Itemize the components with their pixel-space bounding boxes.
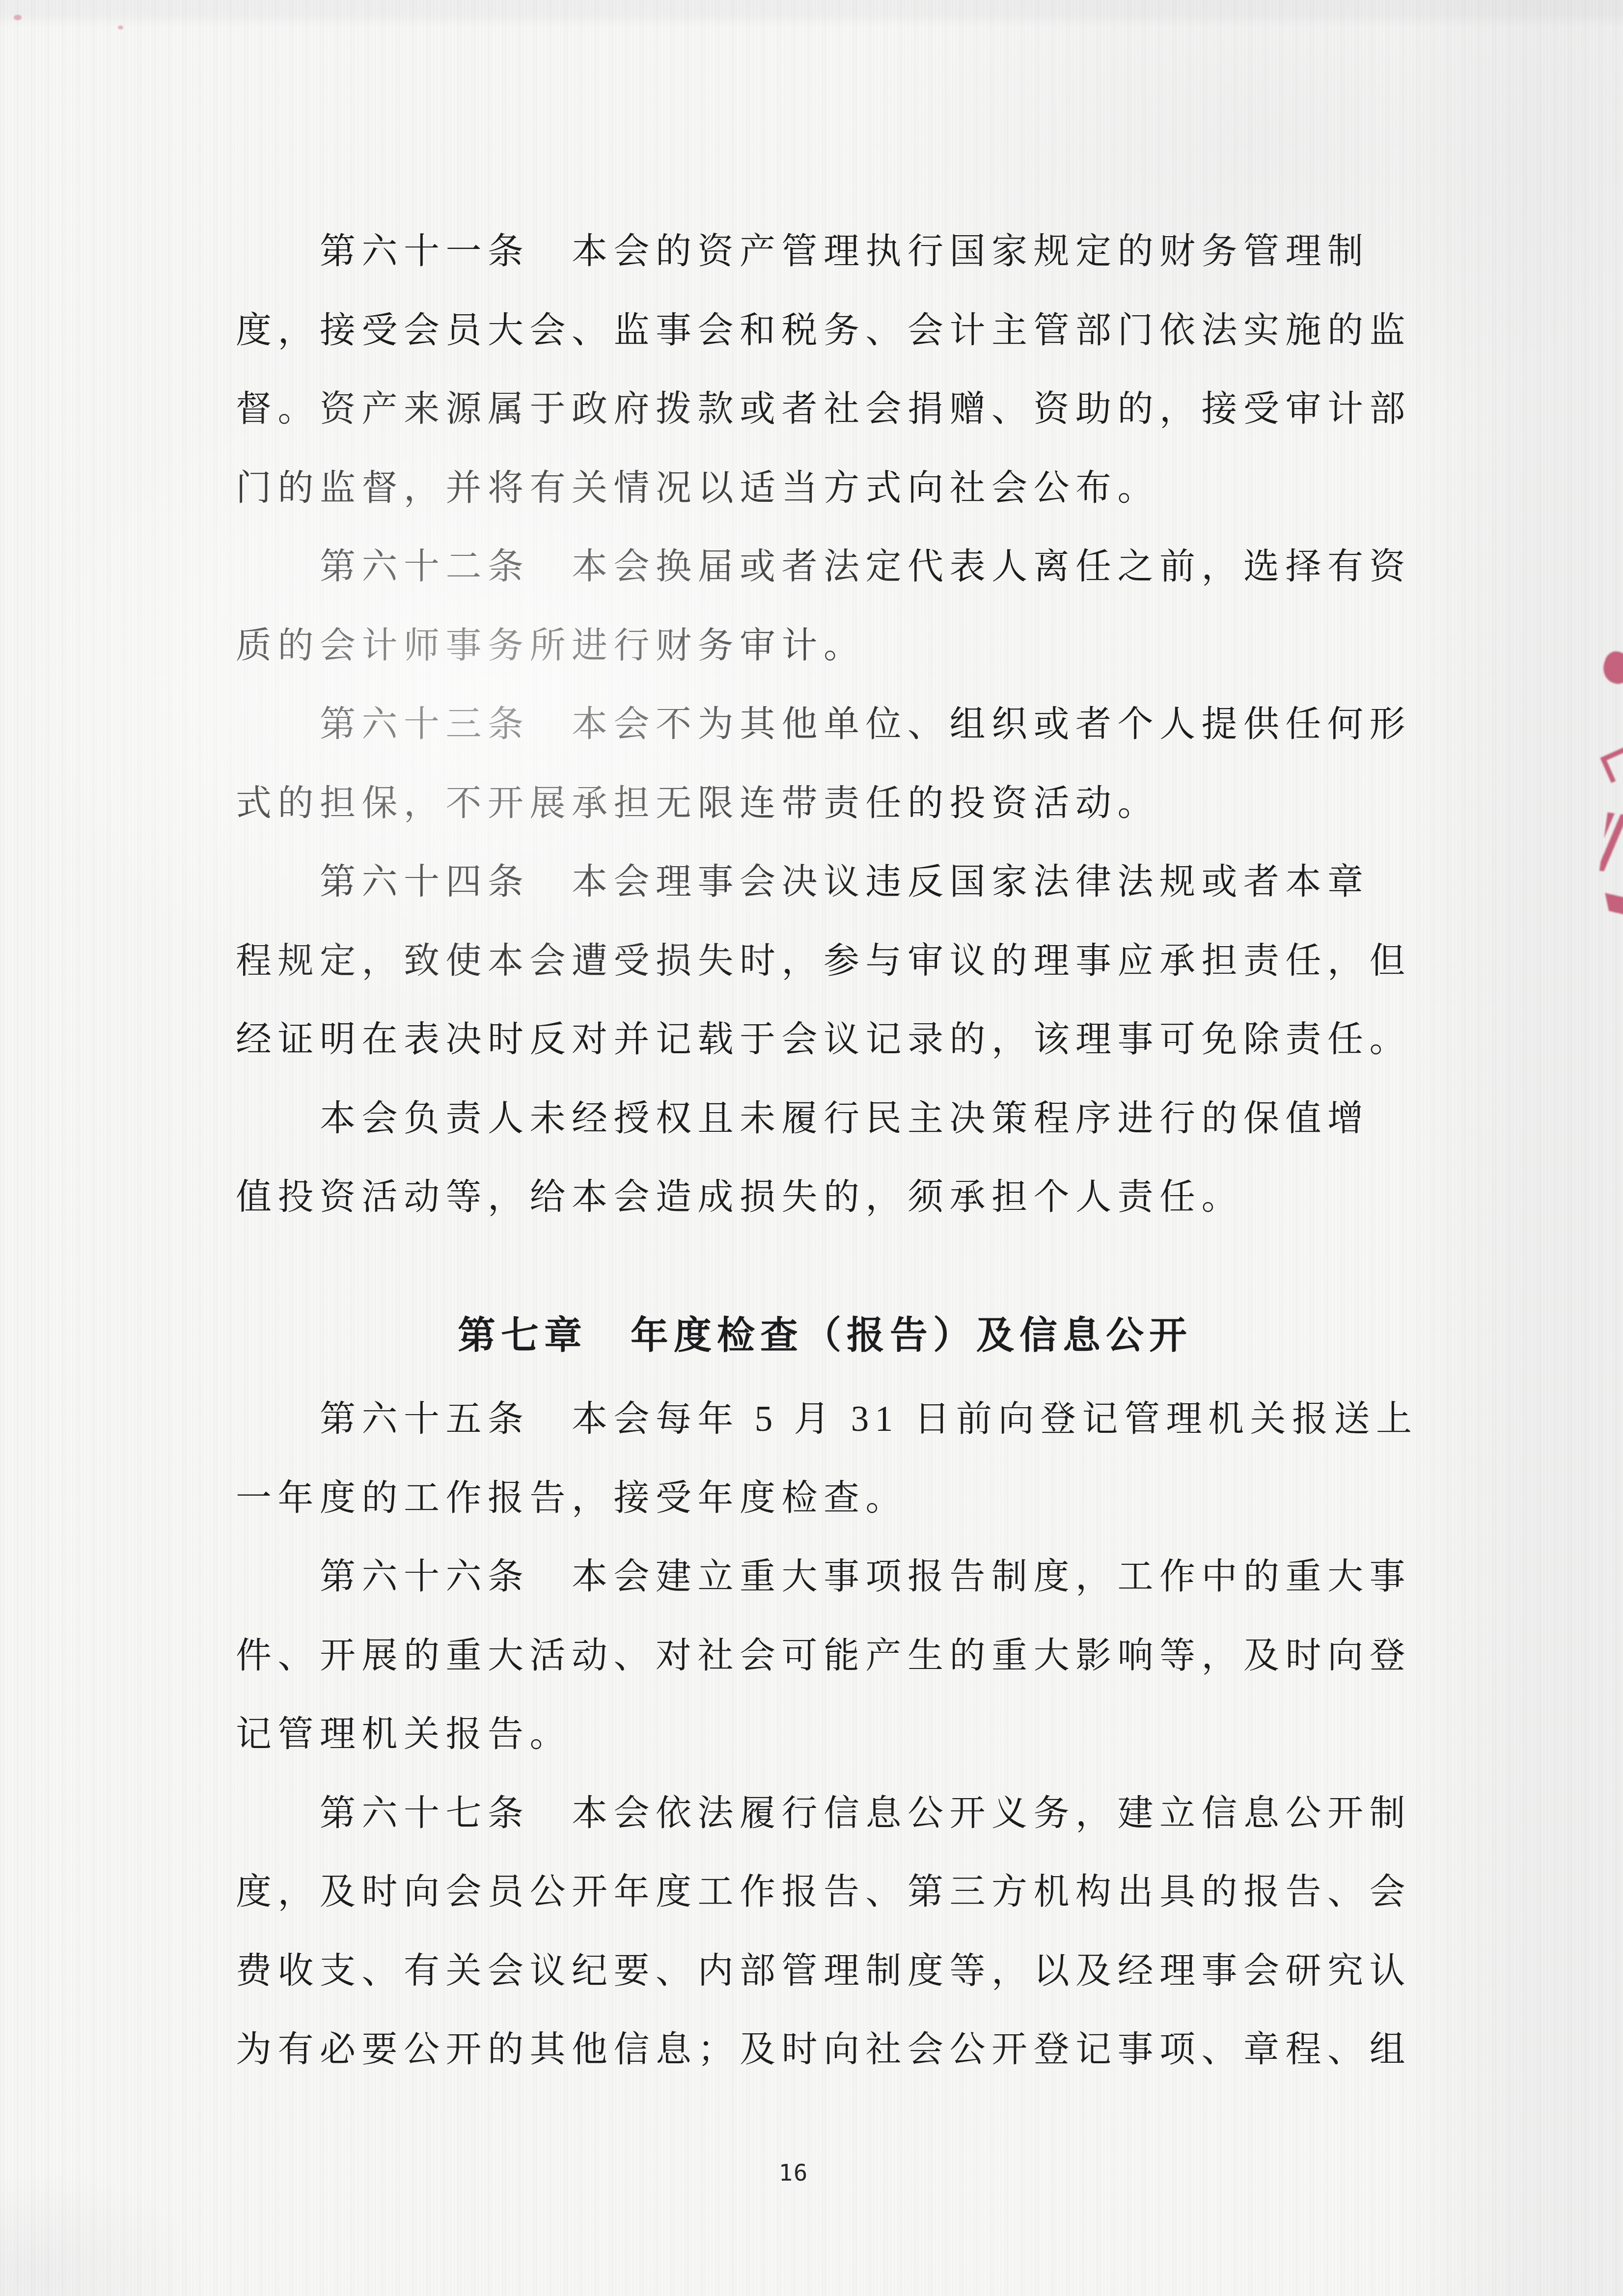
text-line: 为有必要公开的其他信息；及时向社会公开登记事项、章程、组 (236, 2010, 1424, 2089)
stamp-mark (1603, 877, 1623, 928)
text-line: 第六十七条 本会依法履行信息公开义务，建立信息公开制 (236, 1774, 1424, 1853)
text-line: 第六十五条 本会每年 5 月 31 日前向登记管理机关报送上 (236, 1380, 1424, 1459)
red-speck (14, 15, 22, 20)
stamp-mark (1600, 745, 1623, 783)
text-line: 第六十一条 本会的资产管理执行国家规定的财务管理制 (236, 212, 1424, 291)
stamp-mark (1599, 649, 1623, 687)
text-line: 本会负责人未经授权且未履行民主决策程序进行的保值增 (236, 1079, 1424, 1158)
text-line: 度，及时向会员公开年度工作报告、第三方机构出具的报告、会 (236, 1853, 1424, 1932)
text-line: 经证明在表决时反对并记载于会议记录的，该理事可免除责任。 (236, 1000, 1424, 1079)
stamp-fragment (1588, 633, 1623, 928)
articles-65-67-block: 第六十五条 本会每年 5 月 31 日前向登记管理机关报送上 一年度的工作报告，… (236, 1380, 1424, 2089)
text-line: 第六十六条 本会建立重大事项报告制度，工作中的重大事 (236, 1537, 1424, 1616)
text-line: 值投资活动等，给本会造成损失的，须承担个人责任。 (236, 1158, 1424, 1237)
text-line: 第六十二条 本会换届或者法定代表人离任之前，选择有资 (236, 527, 1424, 606)
text-line: 质的会计师事务所进行财务审计。 (236, 606, 1424, 685)
text-line: 式的担保，不开展承担无限连带责任的投资活动。 (236, 764, 1424, 843)
text-line: 门的监督，并将有关情况以适当方式向社会公布。 (236, 449, 1424, 528)
text-line: 第六十三条 本会不为其他单位、组织或者个人提供任何形 (236, 685, 1424, 764)
text-line: 督。资产来源属于政府拨款或者社会捐赠、资助的，接受审计部 (236, 370, 1424, 449)
articles-61-64-block: 第六十一条 本会的资产管理执行国家规定的财务管理制 度，接受会员大会、监事会和税… (236, 212, 1424, 1237)
page-number: 16 (764, 2159, 823, 2187)
text-line: 第六十四条 本会理事会决议违反国家法律法规或者本章 (236, 843, 1424, 922)
chapter-heading: 第七章 年度检查（报告）及信息公开 (236, 1296, 1414, 1375)
document-page: 第六十一条 本会的资产管理执行国家规定的财务管理制 度，接受会员大会、监事会和税… (0, 0, 1623, 2296)
text-line: 程规定，致使本会遭受损失时，参与审议的理事应承担责任，但 (236, 922, 1424, 1001)
text-line: 记管理机关报告。 (236, 1695, 1424, 1774)
red-speck (118, 26, 123, 29)
text-line: 度，接受会员大会、监事会和税务、会计主管部门依法实施的监 (236, 291, 1424, 370)
text-line: 一年度的工作报告，接受年度检查。 (236, 1459, 1424, 1538)
text-line: 费收支、有关会议纪要、内部管理制度等，以及经理事会研究认 (236, 1932, 1424, 2011)
stamp-mark (1599, 812, 1623, 875)
text-line: 件、开展的重大活动、对社会可能产生的重大影响等，及时向登 (236, 1616, 1424, 1695)
